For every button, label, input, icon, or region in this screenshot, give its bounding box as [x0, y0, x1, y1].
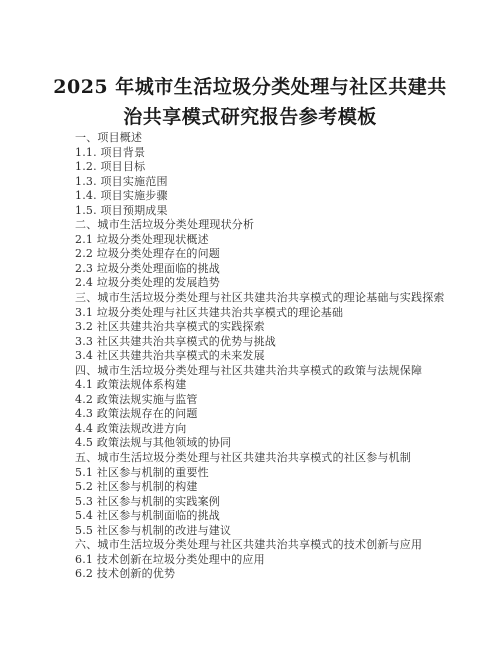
toc-item: 4.3 政策法规存在的问题 — [75, 407, 480, 422]
toc-item: 六、城市生活垃圾分类处理与社区共建共治共享模式的技术创新与应用 — [75, 538, 480, 553]
toc-item: 1.2. 项目目标 — [75, 160, 480, 175]
toc-item: 3.4 社区共建共治共享模式的未来发展 — [75, 349, 480, 364]
toc-item: 3.2 社区共建共治共享模式的实践探索 — [75, 320, 480, 335]
toc-item: 一、项目概述 — [75, 131, 480, 146]
toc-item: 1.4. 项目实施步骤 — [75, 189, 480, 204]
toc-item: 2.1 垃圾分类处理现状概述 — [75, 233, 480, 248]
toc-item: 五、城市生活垃圾分类处理与社区共建共治共享模式的社区参与机制 — [75, 451, 480, 466]
toc-item: 3.1 垃圾分类处理与社区共建共治共享模式的理论基础 — [75, 306, 480, 321]
toc-item: 2.4 垃圾分类处理的发展趋势 — [75, 276, 480, 291]
toc-item: 2.2 垃圾分类处理存在的问题 — [75, 247, 480, 262]
toc-item: 4.2 政策法规实施与监管 — [75, 393, 480, 408]
toc-item: 5.2 社区参与机制的构建 — [75, 480, 480, 495]
table-of-contents: 一、项目概述1.1. 项目背景1.2. 项目目标1.3. 项目实施范围1.4. … — [75, 131, 480, 582]
document-title-line-2: 治共享模式研究报告参考模板 — [20, 102, 480, 132]
toc-item: 三、城市生活垃圾分类处理与社区共建共治共享模式的理论基础与实践探索 — [75, 291, 480, 306]
toc-item: 2.3 垃圾分类处理面临的挑战 — [75, 262, 480, 277]
toc-item: 5.1 社区参与机制的重要性 — [75, 466, 480, 481]
toc-item: 4.5 政策法规与其他领域的协同 — [75, 436, 480, 451]
toc-item: 5.4 社区参与机制面临的挑战 — [75, 509, 480, 524]
toc-item: 3.3 社区共建共治共享模式的优势与挑战 — [75, 335, 480, 350]
toc-item: 5.5 社区参与机制的改进与建议 — [75, 524, 480, 539]
toc-item: 1.3. 项目实施范围 — [75, 175, 480, 190]
document-title: 2025 年城市生活垃圾分类处理与社区共建共 治共享模式研究报告参考模板 — [20, 72, 480, 132]
toc-item: 4.4 政策法规改进方向 — [75, 422, 480, 437]
toc-item: 二、城市生活垃圾分类处理现状分析 — [75, 218, 480, 233]
toc-item: 1.1. 项目背景 — [75, 146, 480, 161]
toc-item: 6.2 技术创新的优势 — [75, 567, 480, 582]
toc-item: 4.1 政策法规体系构建 — [75, 378, 480, 393]
document-title-line-1: 2025 年城市生活垃圾分类处理与社区共建共 — [20, 72, 480, 102]
toc-item: 1.5. 项目预期成果 — [75, 204, 480, 219]
toc-item: 5.3 社区参与机制的实践案例 — [75, 495, 480, 510]
document-page: 2025 年城市生活垃圾分类处理与社区共建共 治共享模式研究报告参考模板 一、项… — [0, 0, 500, 647]
toc-item: 四、城市生活垃圾分类处理与社区共建共治共享模式的政策与法规保障 — [75, 364, 480, 379]
toc-item: 6.1 技术创新在垃圾分类处理中的应用 — [75, 553, 480, 568]
